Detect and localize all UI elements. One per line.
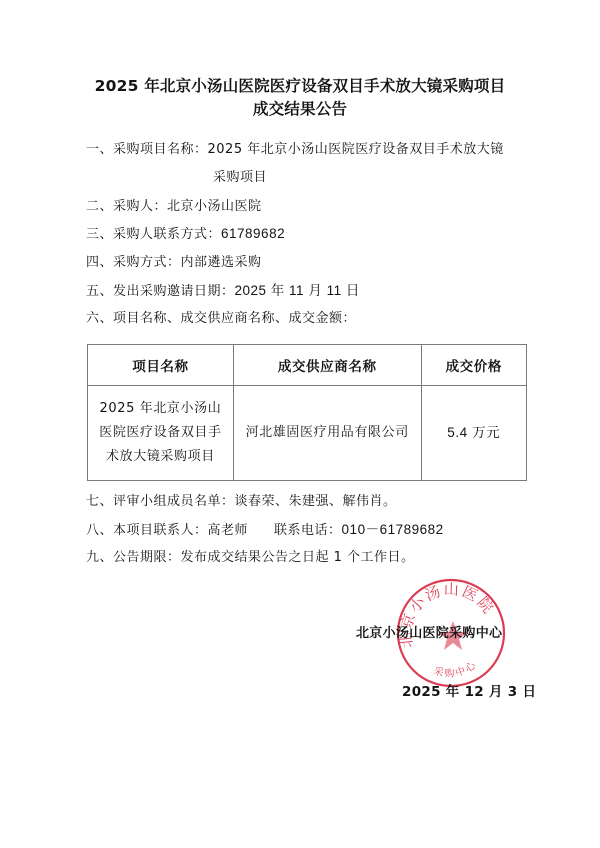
item9-label: 九、公告期限： <box>86 550 181 565</box>
announcement-page: 2025 年北京小汤山医院医疗设备双目手术放大镜采购项目 成交结果公告 一、采购… <box>0 0 600 848</box>
signing-date: 2025 年 12 月 3 日 <box>402 680 536 700</box>
item-review-panel: 七、评审小组成员名单：谈春荣、朱建强、解伟肖。 <box>86 490 397 509</box>
item2-label: 二、采购人： <box>86 199 167 214</box>
project-name-line: 术放大镜采购项目 <box>92 445 229 469</box>
header-supplier-name: 成交供应商名称 <box>233 345 421 386</box>
item-procurement-project-name: 一、采购项目名称：2025 年北京小汤山医院医疗设备双目手术放大镜 <box>86 138 504 157</box>
item-procurement-method: 四、采购方式：内部遴选采购 <box>86 251 262 270</box>
table-header-row: 项目名称 成交供应商名称 成交价格 <box>88 345 527 386</box>
item-project-contact: 八、本项目联系人：高老师联系电话：010－61789682 <box>86 518 444 538</box>
signing-organization: 北京小汤山医院采购中心 <box>356 622 502 641</box>
item7-label: 七、评审小组成员名单： <box>86 494 235 509</box>
item9-value: 发布成交结果公告之日起 1 个工作日。 <box>181 550 415 565</box>
header-price: 成交价格 <box>421 345 526 386</box>
result-table: 项目名称 成交供应商名称 成交价格 2025 年北京小汤山 医院医疗设备双目手 … <box>87 344 527 481</box>
item8-value: 高老师 <box>208 523 249 538</box>
stamp-bottom-text: 采购中心 <box>432 658 480 679</box>
item8-label: 八、本项目联系人： <box>86 523 208 538</box>
item-invitation-date: 五、发出采购邀请日期：2025 年 11 月 11 日 <box>86 279 360 299</box>
item8-phone-label: 联系电话： <box>274 523 342 538</box>
item-announcement-period: 九、公告期限：发布成交结果公告之日起 1 个工作日。 <box>86 546 415 565</box>
project-name-line: 医院医疗设备双目手 <box>92 421 229 445</box>
item1-label: 一、采购项目名称： <box>86 142 208 157</box>
document-title-line2: 成交结果公告 <box>0 97 600 119</box>
cell-supplier-name: 河北雄固医疗用品有限公司 <box>233 386 421 481</box>
item8-phone-value: 010－61789682 <box>342 522 444 537</box>
item7-value: 谈春荣、朱建强、解伟肖。 <box>235 494 397 509</box>
item4-label: 四、采购方式： <box>86 255 181 270</box>
item4-value: 内部遴选采购 <box>181 255 262 270</box>
item5-label: 五、发出采购邀请日期： <box>86 284 235 299</box>
project-name-line: 2025 年北京小汤山 <box>92 397 229 421</box>
item3-value: 61789682 <box>221 226 285 241</box>
item1-value-line2: 采购项目 <box>213 166 267 185</box>
svg-text:采购中心: 采购中心 <box>432 658 480 679</box>
item1-value-line1: 2025 年北京小汤山医院医疗设备双目手术放大镜 <box>208 142 504 157</box>
table-row: 2025 年北京小汤山 医院医疗设备双目手 术放大镜采购项目 河北雄固医疗用品有… <box>88 386 527 481</box>
item-result-table-label: 六、项目名称、成交供应商名称、成交金额： <box>86 307 356 326</box>
document-title-line1: 2025 年北京小汤山医院医疗设备双目手术放大镜采购项目 <box>0 74 600 96</box>
item5-value: 2025 年 11 月 11 日 <box>235 283 360 298</box>
item2-value: 北京小汤山医院 <box>167 199 262 214</box>
item-purchaser: 二、采购人：北京小汤山医院 <box>86 195 262 214</box>
cell-project-name: 2025 年北京小汤山 医院医疗设备双目手 术放大镜采购项目 <box>88 386 234 481</box>
cell-price: 5.4 万元 <box>421 386 526 481</box>
header-project-name: 项目名称 <box>88 345 234 386</box>
item3-label: 三、采购人联系方式： <box>86 227 221 242</box>
item-purchaser-contact: 三、采购人联系方式：61789682 <box>86 223 285 242</box>
